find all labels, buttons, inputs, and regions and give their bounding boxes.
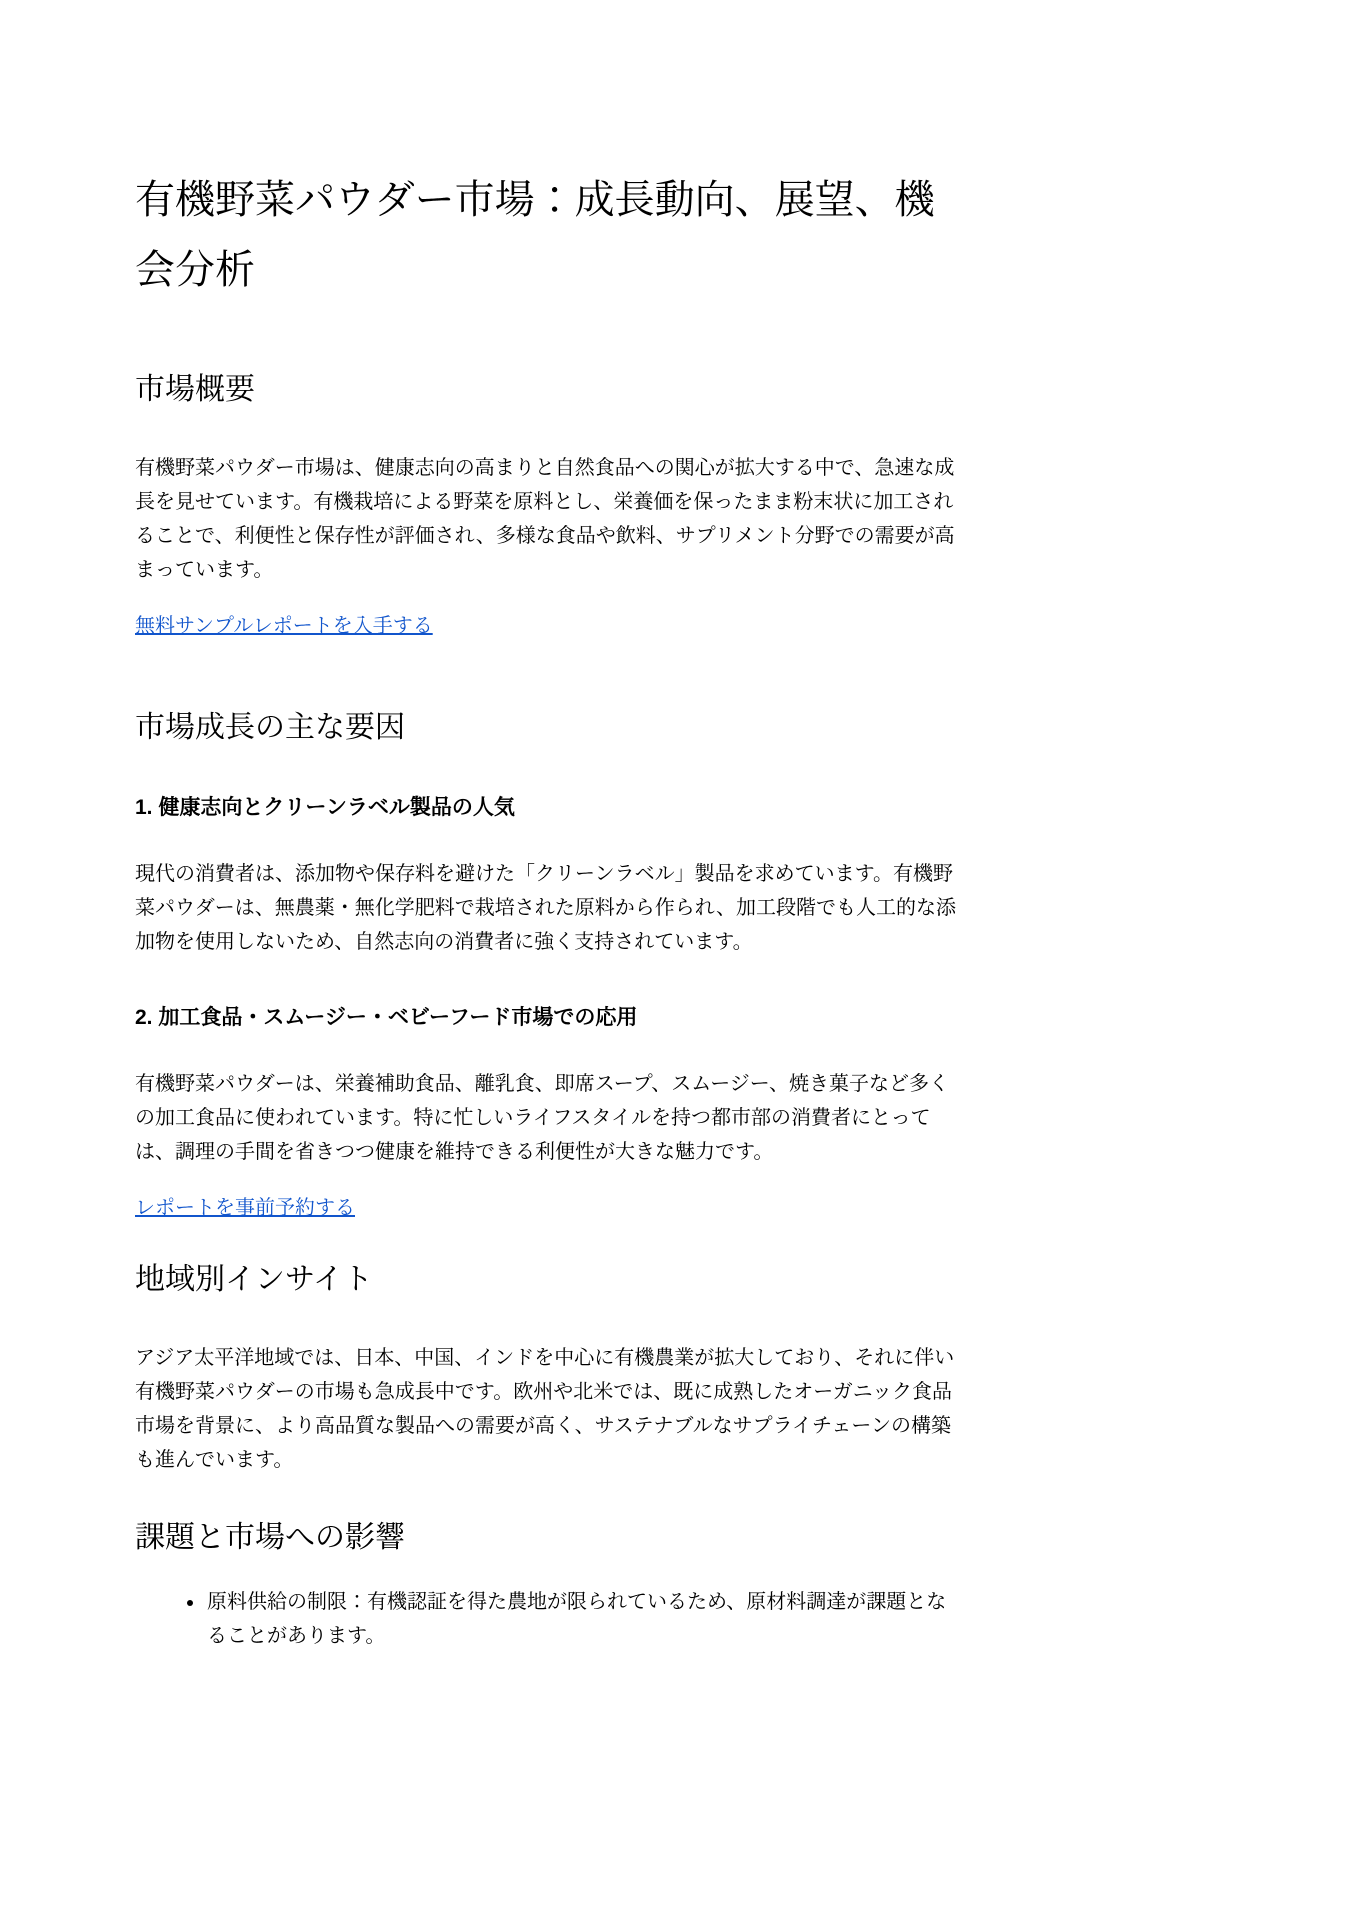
subheading-processed-foods: 2. 加工食品・スムージー・ベビーフード市場での応用	[135, 1003, 965, 1033]
heading-challenges: 課題と市場への影響	[135, 1517, 965, 1559]
sample-report-link-line: 無料サンプルレポートを入手する	[135, 609, 965, 643]
heading-market-overview: 市場概要	[135, 369, 965, 411]
list-item-supply-constraint: 原料供給の制限：有機認証を得た農地が限られているため、原材料調達が課題となること…	[205, 1585, 965, 1653]
clean-label-paragraph: 現代の消費者は、添加物や保存料を避けた「クリーンラベル」製品を求めています。有機…	[135, 857, 965, 959]
free-sample-report-link[interactable]: 無料サンプルレポートを入手する	[135, 615, 433, 637]
heading-growth-factors: 市場成長の主な要因	[135, 707, 965, 749]
challenges-list: 原料供給の制限：有機認証を得た農地が限られているため、原材料調達が課題となること…	[135, 1585, 965, 1653]
heading-regional-insights: 地域別インサイト	[135, 1259, 965, 1301]
page-title: 有機野菜パウダー市場：成長動向、展望、機会分析	[135, 165, 965, 305]
preorder-link-line: レポートを事前予約する	[135, 1191, 965, 1225]
regional-insights-paragraph: アジア太平洋地域では、日本、中国、インドを中心に有機農業が拡大しており、それに伴…	[135, 1341, 965, 1477]
subheading-clean-label: 1. 健康志向とクリーンラベル製品の人気	[135, 793, 965, 823]
document-page: 有機野菜パウダー市場：成長動向、展望、機会分析 市場概要 有機野菜パウダー市場は…	[0, 0, 1360, 1920]
market-overview-paragraph: 有機野菜パウダー市場は、健康志向の高まりと自然食品への関心が拡大する中で、急速な…	[135, 451, 965, 587]
preorder-report-link[interactable]: レポートを事前予約する	[135, 1197, 355, 1219]
processed-foods-paragraph: 有機野菜パウダーは、栄養補助食品、離乳食、即席スープ、スムージー、焼き菓子など多…	[135, 1067, 965, 1169]
document-content: 有機野菜パウダー市場：成長動向、展望、機会分析 市場概要 有機野菜パウダー市場は…	[135, 165, 965, 1653]
